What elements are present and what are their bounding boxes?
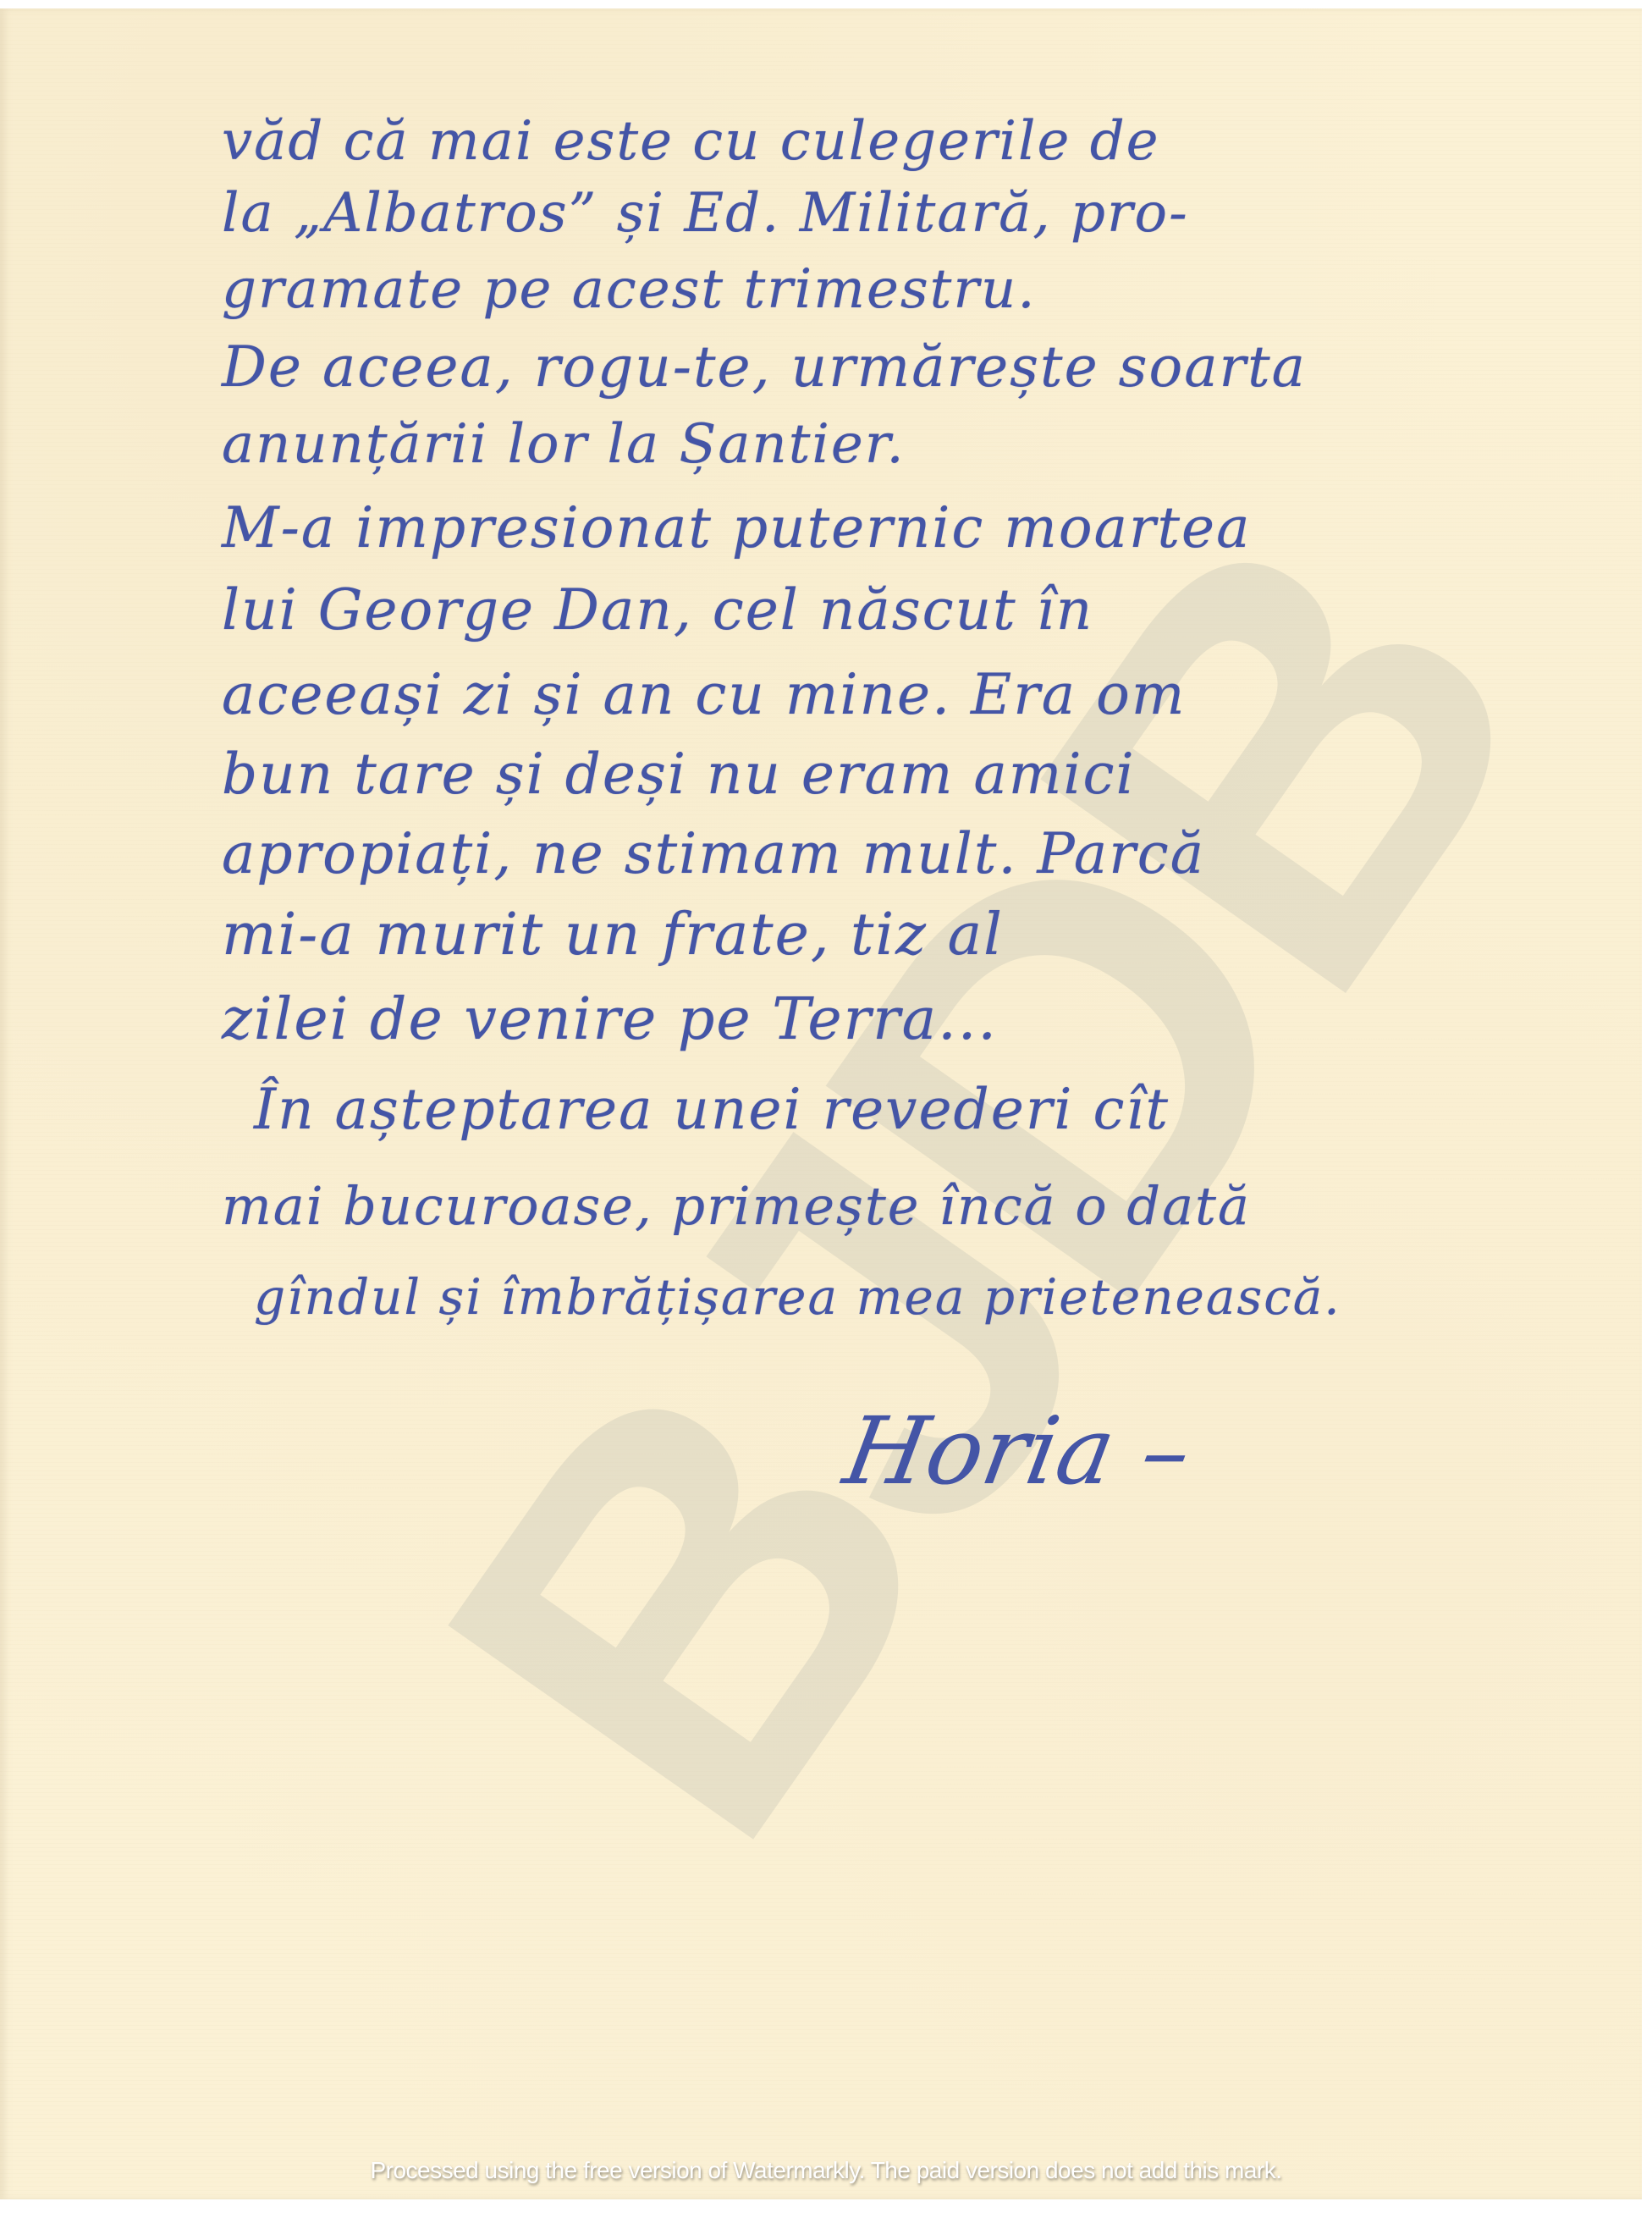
letter-line-9: bun tare și deși nu eram amici (222, 742, 1136, 807)
letter-line-7: lui George Dan, cel născut în (222, 577, 1093, 643)
handwritten-letter-body: văd că mai este cu culegerile de la „Alb… (0, 8, 1642, 2199)
letter-line-3: gramate pe acest trimestru. (222, 258, 1037, 321)
letter-line-12: zilei de venire pe Terra... (222, 986, 998, 1053)
watermarkly-footer-notice: Processed using the free version of Wate… (0, 2157, 1652, 2184)
letter-line-8: aceeași zi și an cu mine. Era om (222, 662, 1186, 727)
letter-line-1: văd că mai este cu culegerile de (222, 110, 1160, 173)
signature: Horia – (837, 1397, 1199, 1505)
letter-line-11: mi-a murit un frate, tiz al (222, 902, 1004, 968)
letter-line-5: anunțării lor la Șantier. (222, 413, 906, 476)
letter-line-6: M-a impresionat puternic moartea (222, 495, 1251, 560)
letter-line-10: apropiați, ne stimam mult. Parcă (222, 821, 1205, 886)
letter-line-2: la „Albatros” și Ed. Militară, pro- (222, 182, 1189, 245)
letter-line-13: În așteptarea unei revederi cît (254, 1077, 1170, 1142)
letter-line-14: mai bucuroase, primește încă o dată (222, 1175, 1251, 1237)
letter-page: BJDB văd că mai este cu culegerile de la… (0, 8, 1642, 2199)
letter-line-15: gîndul și îmbrățișarea mea prietenească. (254, 1268, 1341, 1326)
letter-line-4: De aceea, rogu-te, urmărește soarta (222, 334, 1307, 400)
